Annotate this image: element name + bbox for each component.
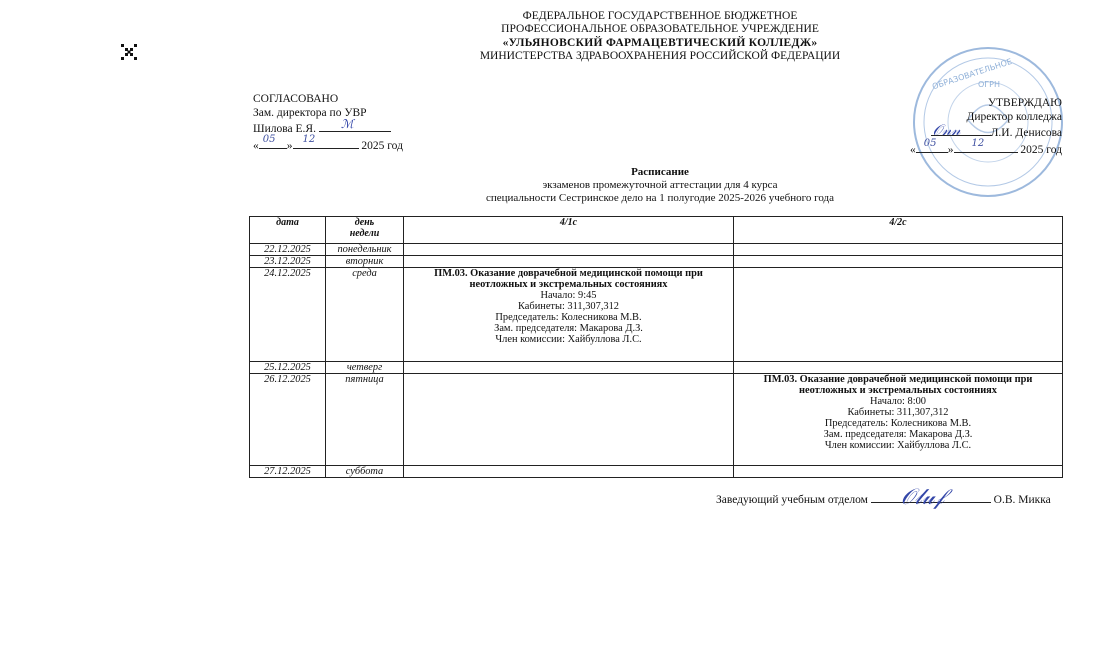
approved-day-field: 05 (916, 141, 948, 153)
exam-member: Член комиссии: Хайбуллова Л.С. (422, 334, 715, 345)
exam-member: Член комиссии: Хайбуллова Л.С. (752, 440, 1044, 451)
agreed-year: 2025 год (361, 140, 403, 152)
approved-month-field: 12 (954, 141, 1018, 153)
header-day: день недели (326, 217, 404, 244)
exam-chair: Председатель: Колесникова М.В. (422, 312, 715, 323)
ministry-name: МИНИСТЕРСТВА ЗДРАВООХРАНЕНИЯ РОССИЙСКОЙ … (380, 50, 940, 63)
exam-start: Начало: 8:00 (752, 396, 1044, 407)
table-header-row: дата день недели 4/1с 4/2с (250, 217, 1063, 244)
header-line-1: ФЕДЕРАЛЬНОЕ ГОСУДАРСТВЕННОЕ БЮДЖЕТНОЕ (380, 10, 940, 23)
exam-cell-group-4-2c: ПМ.03. Оказание доврачебной медицинской … (734, 374, 1063, 466)
footer-signature-line: 𝒪𝓁𝓊𝒻 (871, 491, 991, 503)
agreed-month-field: 12 (293, 137, 359, 149)
cell-group-4-1c (404, 362, 734, 374)
agreed-title: СОГЛАСОВАНО (253, 93, 403, 107)
footer-name: О.В. Микка (994, 494, 1051, 506)
row-day: понедельник (326, 244, 404, 256)
row-day: вторник (326, 256, 404, 268)
document-title-block: Расписание экзаменов промежуточной аттес… (360, 166, 960, 204)
footer-position: Заведующий учебным отделом (716, 494, 868, 506)
row-date: 24.12.2025 (250, 268, 326, 362)
table-row: 25.12.2025 четверг (250, 362, 1063, 374)
agreed-day-field: 05 (259, 137, 287, 149)
document-title: Расписание (360, 166, 960, 179)
institution-header: ФЕДЕРАЛЬНОЕ ГОСУДАРСТВЕННОЕ БЮДЖЕТНОЕ ПР… (380, 10, 940, 64)
signature-icon: 𝒪𝓃𝓃 (933, 124, 961, 138)
header-date: дата (250, 217, 326, 244)
table-row: 24.12.2025 среда ПМ.03. Оказание довраче… (250, 268, 1063, 362)
exam-subject: ПМ.03. Оказание доврачебной медицинской … (422, 268, 715, 290)
table-row: 22.12.2025 понедельник (250, 244, 1063, 256)
table-row: 23.12.2025 вторник (250, 256, 1063, 268)
row-date: 27.12.2025 (250, 466, 326, 478)
svg-text:ОГРН: ОГРН (978, 80, 1000, 89)
cell-group-4-1c (404, 374, 734, 466)
header-group-4-2c: 4/2с (734, 217, 1063, 244)
row-date: 25.12.2025 (250, 362, 326, 374)
exam-chair: Председатель: Колесникова М.В. (752, 418, 1044, 429)
row-day: четверг (326, 362, 404, 374)
agreed-position: Зам. директора по УВР (253, 107, 403, 121)
college-name: «УЛЬЯНОВСКИЙ ФАРМАЦЕВТИЧЕСКИЙ КОЛЛЕДЖ» (380, 37, 940, 50)
approved-name: Л.И. Денисова (991, 127, 1062, 139)
row-date: 23.12.2025 (250, 256, 326, 268)
cell-group-4-1c (404, 466, 734, 478)
cell-group-4-2c (734, 244, 1063, 256)
signature-icon: 𝒪𝓁𝓊𝒻 (901, 485, 944, 510)
approved-year: 2025 год (1020, 144, 1062, 156)
table-row: 26.12.2025 пятница ПМ.03. Оказание довра… (250, 374, 1063, 466)
exam-rooms: Кабинеты: 311,307,312 (752, 407, 1044, 418)
cell-group-4-2c (734, 256, 1063, 268)
exam-subject: ПМ.03. Оказание доврачебной медицинской … (752, 374, 1044, 396)
exam-cell-group-4-1c: ПМ.03. Оказание доврачебной медицинской … (404, 268, 734, 362)
exam-start: Начало: 9:45 (422, 290, 715, 301)
table-row: 27.12.2025 суббота (250, 466, 1063, 478)
footer-signature: Заведующий учебным отделом 𝒪𝓁𝓊𝒻 О.В. Мик… (716, 491, 1051, 506)
cell-group-4-1c (404, 244, 734, 256)
document-subtitle-2: специальности Сестринское дело на 1 полу… (360, 192, 960, 205)
approved-signature-line: 𝒪𝓃𝓃 (931, 124, 991, 136)
exam-deputy: Зам. председателя: Макарова Д.З. (752, 429, 1044, 440)
exam-schedule-table: дата день недели 4/1с 4/2с 22.12.2025 по… (249, 216, 1063, 478)
row-day: суббота (326, 466, 404, 478)
cell-group-4-2c (734, 466, 1063, 478)
cell-group-4-2c (734, 362, 1063, 374)
header-group-4-1c: 4/1с (404, 217, 734, 244)
scan-artifact-x-icon (119, 42, 139, 62)
approval-approved-block: УТВЕРЖДАЮ Директор колледжа 𝒪𝓃𝓃 Л.И. Ден… (910, 97, 1062, 157)
row-day: среда (326, 268, 404, 362)
document-subtitle-1: экзаменов промежуточной аттестации для 4… (360, 179, 960, 192)
row-date: 22.12.2025 (250, 244, 326, 256)
signature-icon: ℳ (341, 118, 354, 132)
cell-group-4-1c (404, 256, 734, 268)
agreed-signature-line: ℳ (319, 120, 391, 132)
row-date: 26.12.2025 (250, 374, 326, 466)
row-day: пятница (326, 374, 404, 466)
header-line-2: ПРОФЕССИОНАЛЬНОЕ ОБРАЗОВАТЕЛЬНОЕ УЧРЕЖДЕ… (380, 23, 940, 36)
approval-agreed-block: СОГЛАСОВАНО Зам. директора по УВР Шилова… (253, 93, 403, 153)
cell-group-4-2c (734, 268, 1063, 362)
exam-deputy: Зам. председателя: Макарова Д.З. (422, 323, 715, 334)
approved-title: УТВЕРЖДАЮ (910, 97, 1062, 111)
exam-rooms: Кабинеты: 311,307,312 (422, 301, 715, 312)
